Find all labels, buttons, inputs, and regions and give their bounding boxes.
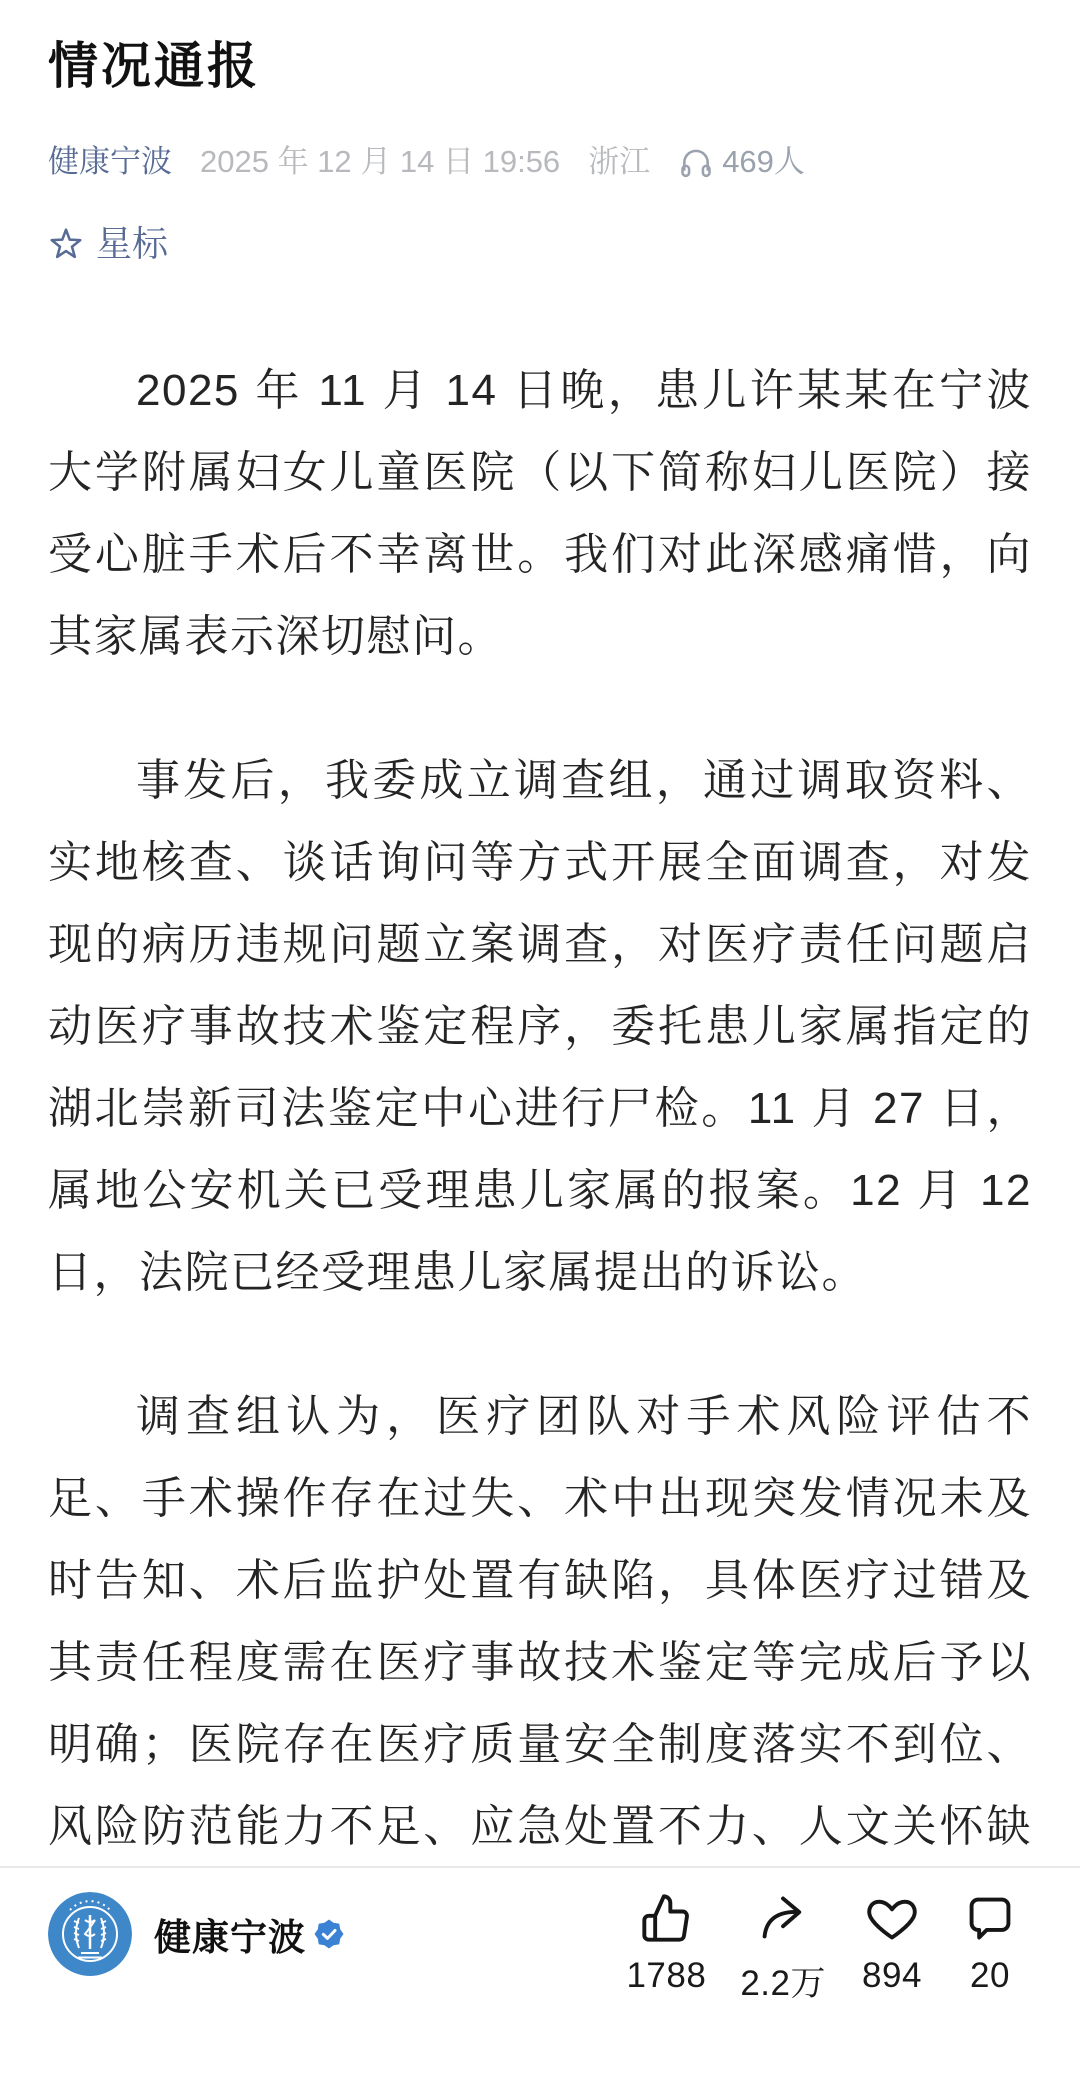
paragraph: 2025 年 11 月 14 日晚，患儿许某某在宁波大学附属妇女儿童医院（以下简… bbox=[48, 350, 1032, 678]
comment-bubble-icon bbox=[964, 1892, 1016, 1944]
heart-icon bbox=[866, 1892, 918, 1944]
like-button[interactable]: 1788 bbox=[626, 1892, 706, 2006]
article-meta: 健康宁波 2025 年 12 月 14 日 19:56 浙江 469人 bbox=[48, 144, 1032, 180]
star-icon bbox=[48, 226, 84, 262]
paragraph: 调查组认为，医疗团队对手术风险评估不足、手术操作存在过失、术中出现突发情况未及时… bbox=[48, 1376, 1032, 1868]
article-content: 情况通报 健康宁波 2025 年 12 月 14 日 19:56 浙江 469人… bbox=[0, 0, 1080, 1868]
article-body: 2025 年 11 月 14 日晚，患儿许某某在宁波大学附属妇女儿童医院（以下简… bbox=[48, 350, 1032, 1868]
listen-counter[interactable]: 469人 bbox=[678, 144, 805, 180]
favorite-button[interactable]: 894 bbox=[860, 1892, 924, 2006]
comment-count: 20 bbox=[970, 1956, 1010, 1996]
interaction-bar: 健康宁波 1788 2.2万 bbox=[0, 1868, 1080, 2081]
paragraph: 事发后，我委成立调查组，通过调取资料、实地核查、谈话询问等方式开展全面调查，对发… bbox=[48, 740, 1032, 1314]
comment-button[interactable]: 20 bbox=[958, 1892, 1022, 2006]
share-count: 2.2万 bbox=[740, 1956, 826, 2006]
star-label: 星标 bbox=[96, 224, 168, 264]
share-button[interactable]: 2.2万 bbox=[740, 1892, 826, 2006]
account-profile[interactable]: 健康宁波 bbox=[48, 1892, 344, 1976]
account-link[interactable]: 健康宁波 bbox=[48, 144, 172, 180]
account-name: 健康宁波 bbox=[154, 1907, 306, 1961]
share-arrow-icon bbox=[757, 1892, 809, 1944]
page-title: 情况通报 bbox=[48, 36, 1032, 96]
listen-count-label: 469人 bbox=[722, 144, 805, 180]
like-count: 1788 bbox=[626, 1956, 706, 1996]
thumbs-up-icon bbox=[640, 1892, 692, 1944]
publish-date: 2025 年 12 月 14 日 19:56 bbox=[200, 144, 560, 180]
action-buttons: 1788 2.2万 894 20 bbox=[626, 1892, 1022, 2006]
headphones-icon bbox=[678, 144, 714, 180]
article-page: 情况通报 健康宁波 2025 年 12 月 14 日 19:56 浙江 469人… bbox=[0, 0, 1080, 2081]
account-avatar bbox=[48, 1892, 132, 1976]
favorite-count: 894 bbox=[862, 1956, 922, 1996]
star-action[interactable]: 星标 bbox=[48, 224, 1032, 264]
publish-location: 浙江 bbox=[588, 144, 650, 180]
verified-badge-icon bbox=[314, 1919, 344, 1949]
